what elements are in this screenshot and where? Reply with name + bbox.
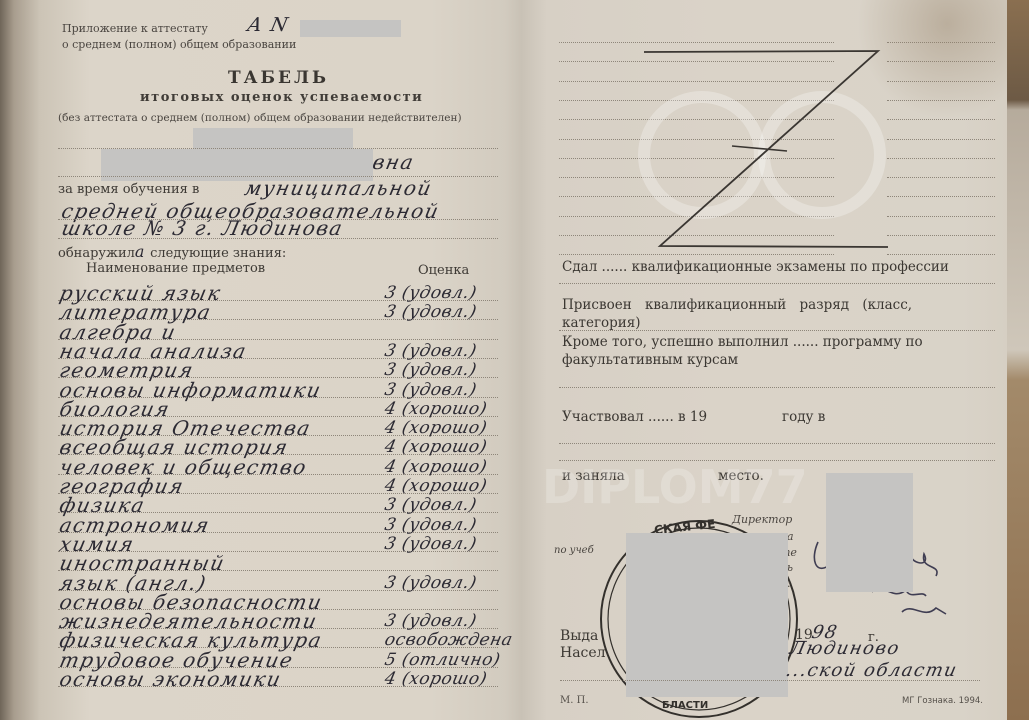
settlement-rule [560,680,980,681]
subject-grade: 3 (удовл.) [383,341,479,361]
extra-line-2: факультативным курсам [562,352,738,368]
form-rule [559,443,995,444]
redacted-stamp-center [626,533,788,697]
column-header-grade: Оценка [418,263,469,278]
name-suffix-handwritten: вна [370,150,416,174]
subject-grade: 3 (удовл.) [383,495,479,515]
subject-grade: 3 (удовл.) [383,302,479,322]
settlement-handwritten-1: Людиново [788,638,902,659]
redacted-signature [826,473,913,592]
rank-line-1: Присвоен квалификационный разряд (класс, [562,297,912,313]
subject-grade: 4 (хорошо) [383,418,489,438]
column-header-subject: Наименование предметов [86,261,265,276]
education-label: о среднем (полном) общем образовании [62,38,296,51]
form-rule [887,81,995,82]
background-edge [1007,0,1029,720]
subject-grade: 5 (отлично) [383,650,502,670]
subject-name: основы экономики [57,667,284,691]
form-rule [887,42,995,43]
stamp-text-bottom: БЛАСТИ [662,700,708,711]
exam-line: Сдал ...... квалификационные экзамены по… [562,259,949,275]
subject-grade: 3 (удовл.) [383,611,479,631]
school-line-3-rule [58,238,498,239]
form-rule [887,61,995,62]
participated-suffix: году в [782,409,825,425]
subject-grade: 3 (удовл.) [383,573,479,593]
validity-note: (без аттестата о среднем (полном) общем … [58,112,462,124]
school-line-1: муниципальной [242,176,434,200]
settlement-label: Насел [560,645,606,661]
subject-grade: 4 (хорошо) [383,457,489,477]
school-line-3: школе № 3 г. Людинова [59,216,345,240]
rank-line-2: категория) [562,315,641,331]
subject-grade: 3 (удовл.) [383,515,479,535]
printer-note: МГ Гознака. 1994. [902,696,983,706]
participated-prefix: Участвовал ...... в 19 [562,409,707,425]
settlement-handwritten-2: ...ской области [784,660,960,681]
form-rule [559,283,995,284]
subject-grade: 4 (хорошо) [383,669,489,689]
right-page: Сдал ...... квалификационные экзамены по… [522,0,1007,720]
z-cancellation-mark-icon [522,0,1007,260]
found-label-gender-suffix: а [135,242,146,261]
stamp-place-label: М. П. [560,695,589,706]
found-label-suffix: следующие знания: [150,246,286,261]
subject-grade: 3 (удовл.) [383,360,479,380]
study-label: за время обучения в [58,182,199,197]
form-rule [887,100,995,101]
attestat-series: A N [246,14,292,36]
subject-grade: 4 (хорошо) [383,476,489,496]
subject-grade: 4 (хорошо) [383,399,489,419]
found-label-prefix: обнаружил [58,246,135,261]
subject-grade: 3 (удовл.) [383,283,479,303]
director-label: Директор [732,513,792,526]
subject-grade: освобождена [383,630,515,650]
found-label: обнаружила следующие знания: [58,242,286,261]
attachment-label: Приложение к аттестату [62,22,208,35]
document-title: ТАБЕЛЬ [228,68,329,88]
left-page: Приложение к аттестату A N о среднем (по… [0,0,522,720]
watermark-text: DIPLOM77 [542,460,808,514]
form-rule [559,387,995,388]
redacted-attestat-number [300,20,401,37]
subject-grade: 3 (удовл.) [383,534,479,554]
document-subtitle: итоговых оценок успеваемости [140,90,423,105]
extra-line-1: Кроме того, успешно выполнил ...... прог… [562,334,923,350]
redacted-name-top [193,128,353,150]
deputy-label-prefix: по учеб [554,545,594,556]
issued-label: Выда [560,628,598,644]
subject-grade: 4 (хорошо) [383,437,489,457]
subject-grade: 3 (удовл.) [383,380,479,400]
